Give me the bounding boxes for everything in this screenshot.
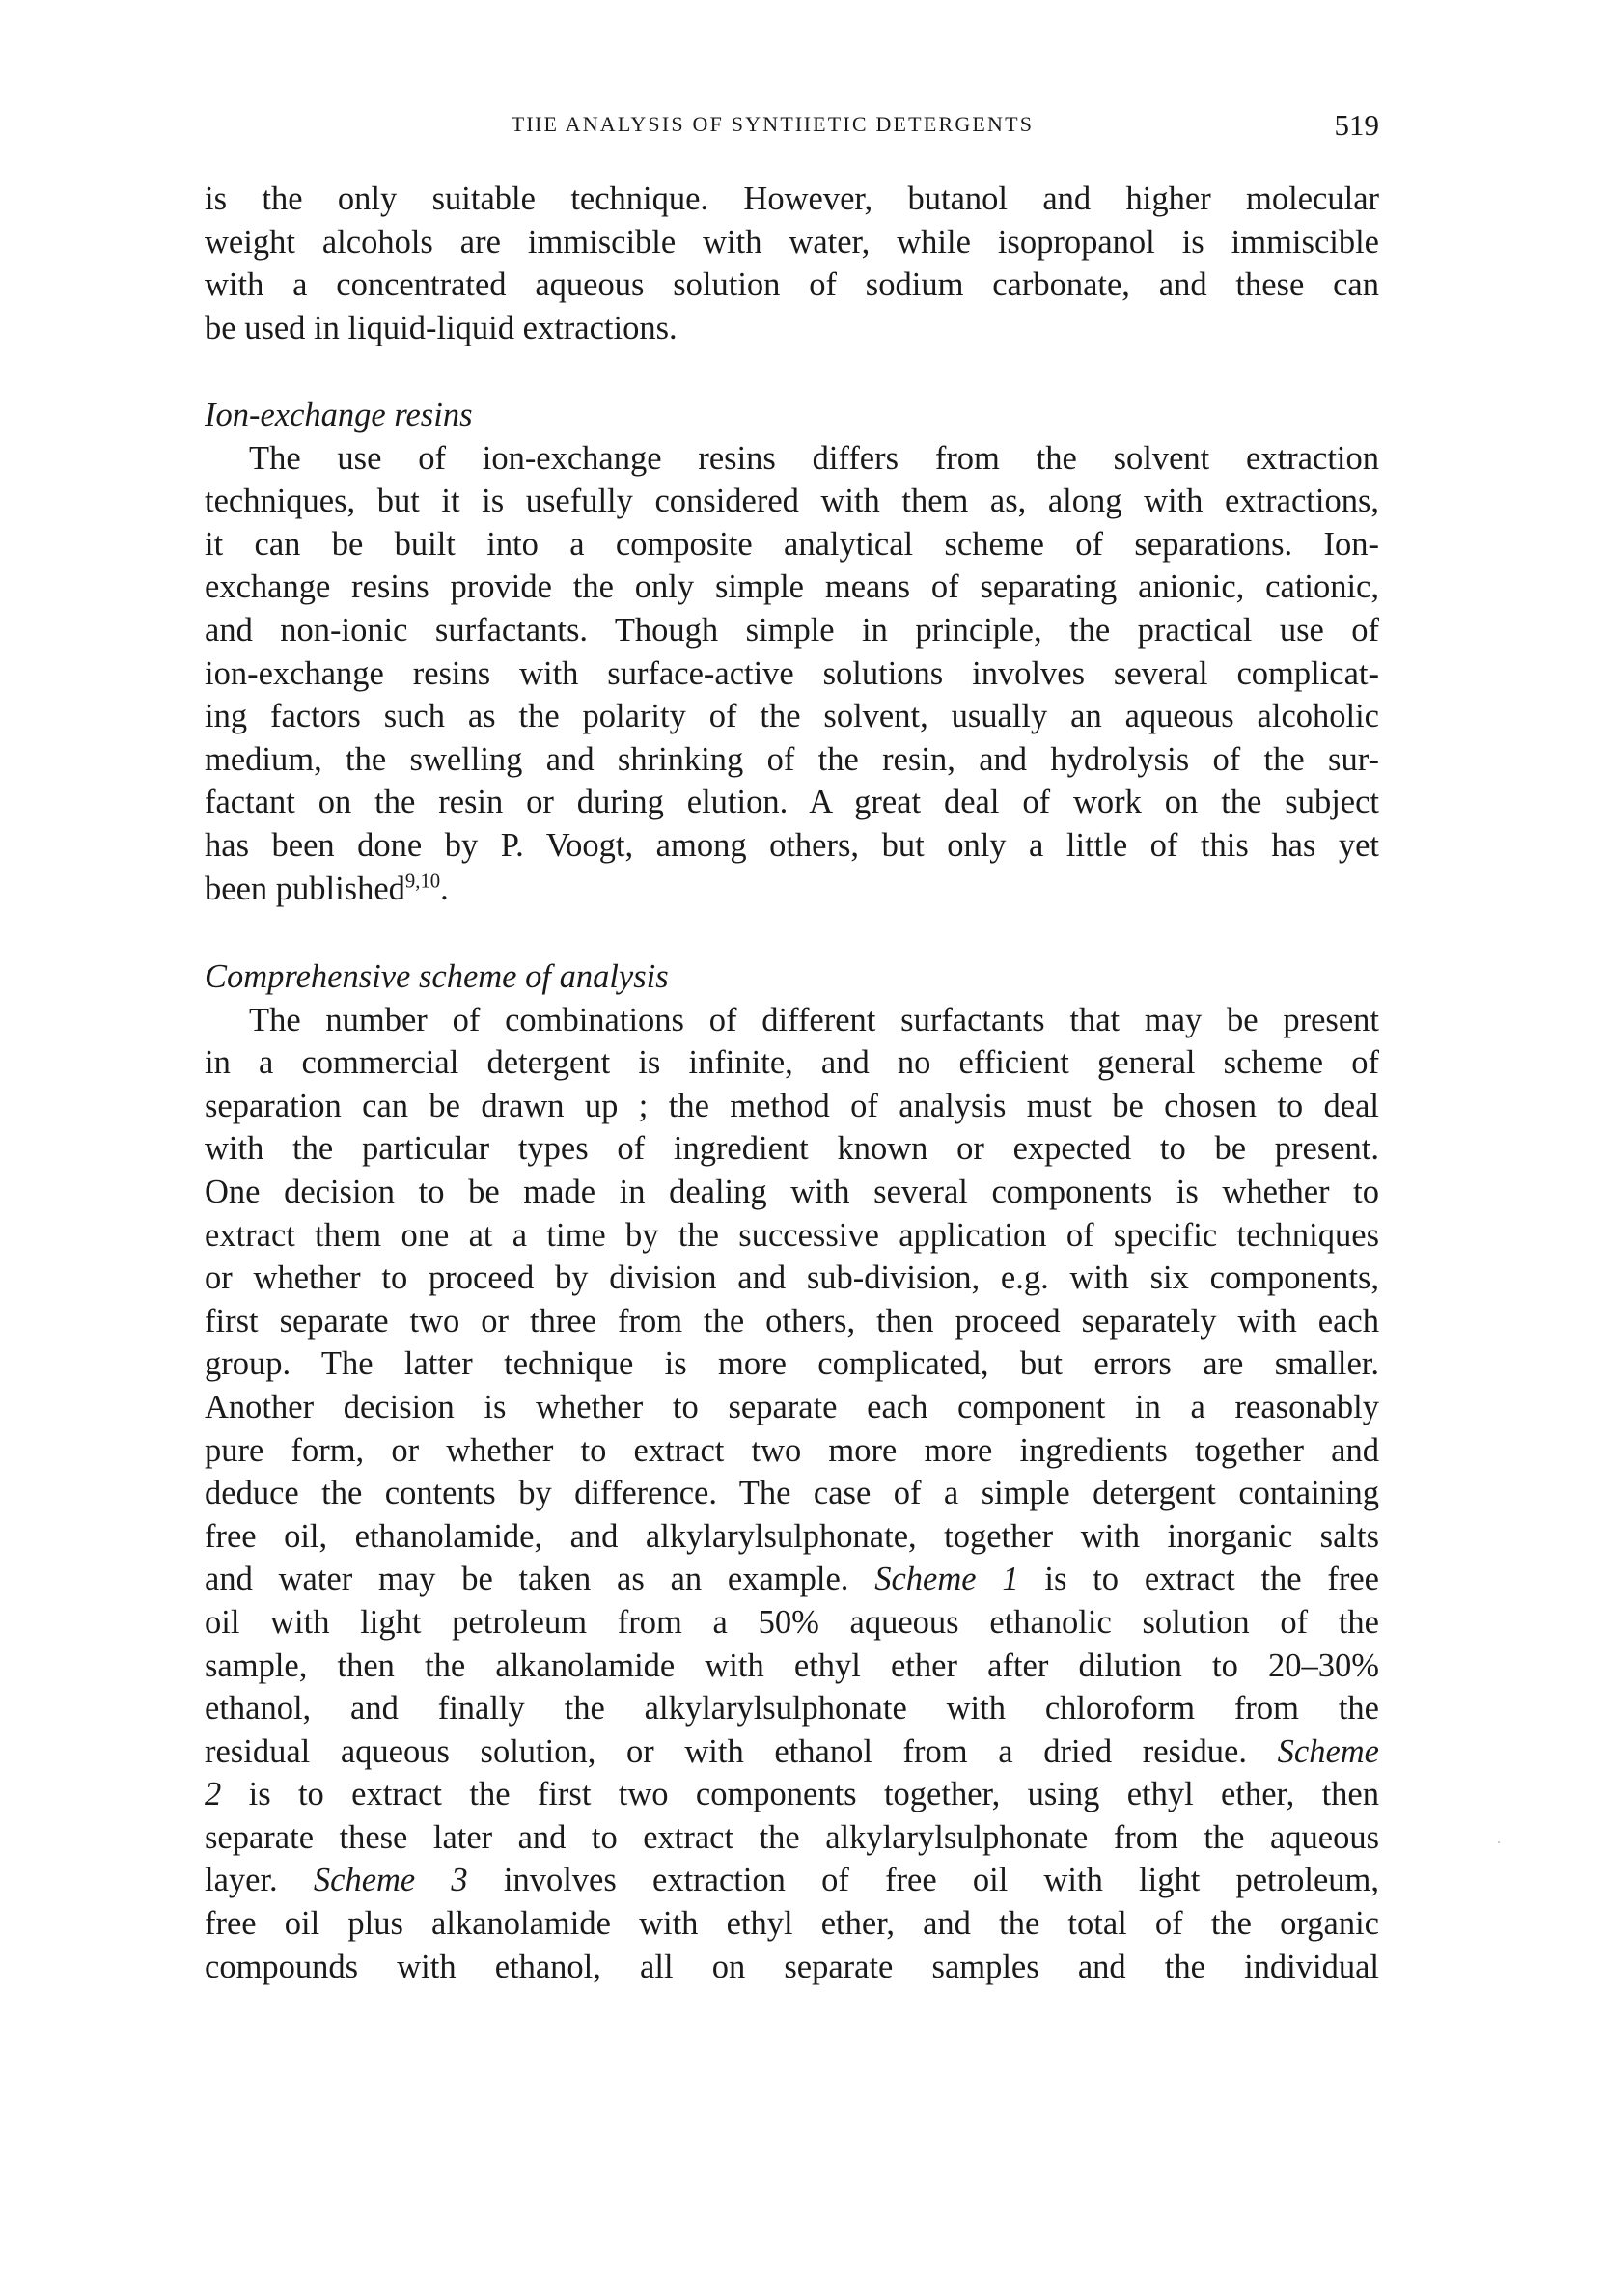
text-fragment: . (440, 871, 449, 907)
text-line: separation can be drawn up ; the method … (205, 1085, 1379, 1128)
text-line: in a commercial detergent is infinite, a… (205, 1041, 1379, 1085)
text-line: ing factors such as the polarity of the … (205, 695, 1379, 738)
text-fragment: involves extraction of free oil with lig… (468, 1862, 1379, 1898)
text-line: pure form, or whether to extract two mor… (205, 1429, 1379, 1473)
text-fragment: layer. (205, 1862, 314, 1898)
text-line: exchange resins provide the only simple … (205, 566, 1379, 609)
text-line: One decision to be made in dealing with … (205, 1171, 1379, 1214)
scheme-reference: Scheme 3 (314, 1862, 468, 1898)
text-line: or whether to proceed by division and su… (205, 1257, 1379, 1300)
text-fragment: is to extract the first two components t… (221, 1776, 1379, 1812)
text-line: The use of ion-exchange resins differs f… (205, 437, 1379, 481)
text-fragment: been published (205, 871, 405, 907)
text-line: compounds with ethanol, all on separate … (205, 1946, 1379, 1989)
text-fragment: and water may be taken as an example. (205, 1561, 874, 1597)
text-line: techniques, but it is usefully considere… (205, 480, 1379, 523)
text-line: sample, then the alkanolamide with ethyl… (205, 1645, 1379, 1688)
scheme-reference: 2 (205, 1776, 221, 1812)
text-line: group. The latter technique is more comp… (205, 1342, 1379, 1386)
text-line: with a concentrated aqueous solution of … (205, 263, 1379, 307)
scan-speck (1498, 1841, 1500, 1843)
text-line: separate these later and to extract the … (205, 1816, 1379, 1860)
paragraph-continuation: is the only suitable technique. However,… (205, 178, 1379, 349)
text-line: deduce the contents by difference. The c… (205, 1472, 1379, 1515)
text-line: residual aqueous solution, or with ethan… (205, 1730, 1379, 1774)
text-line: ethanol, and finally the alkylarylsulpho… (205, 1687, 1379, 1730)
text-line: factant on the resin or during elution. … (205, 781, 1379, 824)
section-comprehensive-scheme: Comprehensive scheme of analysis The num… (205, 955, 1379, 1988)
page-number: 519 (1335, 108, 1380, 143)
section-heading: Ion-exchange resins (205, 394, 1379, 437)
section-ion-exchange: Ion-exchange resins The use of ion-excha… (205, 394, 1379, 910)
text-line: free oil, ethanolamide, and alkylarylsul… (205, 1515, 1379, 1559)
text-line: be used in liquid-liquid extractions. (205, 307, 1379, 350)
text-line: is the only suitable technique. However,… (205, 178, 1379, 221)
scheme-reference: Scheme (1278, 1733, 1379, 1770)
text-fragment: is to extract the free (1019, 1561, 1379, 1597)
text-line: first separate two or three from the oth… (205, 1300, 1379, 1343)
text-line: with the particular types of ingredient … (205, 1127, 1379, 1171)
text-line: Another decision is whether to separate … (205, 1386, 1379, 1429)
running-header: THE ANALYSIS OF SYNTHETIC DETERGENTS 519 (205, 108, 1379, 143)
text-line: free oil plus alkanolamide with ethyl et… (205, 1902, 1379, 1946)
citation-superscript: 9,10 (405, 871, 440, 892)
text-line: has been done by P. Voogt, among others,… (205, 824, 1379, 868)
book-page: THE ANALYSIS OF SYNTHETIC DETERGENTS 519… (0, 0, 1605, 2296)
running-title: THE ANALYSIS OF SYNTHETIC DETERGENTS (205, 112, 1379, 137)
text-line: layer. Scheme 3 involves extraction of f… (205, 1859, 1379, 1902)
text-line: weight alcohols are immiscible with wate… (205, 221, 1379, 264)
text-line: extract them one at a time by the succes… (205, 1214, 1379, 1258)
text-line-with-citation: been published9,10. (205, 868, 1379, 911)
text-line: ion-exchange resins with surface-active … (205, 652, 1379, 696)
scheme-reference: Scheme 1 (874, 1561, 1018, 1597)
text-line: and non-ionic surfactants. Though simple… (205, 609, 1379, 652)
text-line: oil with light petroleum from a 50% aque… (205, 1601, 1379, 1645)
text-fragment: residual aqueous solution, or with ethan… (205, 1733, 1278, 1770)
section-heading: Comprehensive scheme of analysis (205, 955, 1379, 999)
text-line: 2 is to extract the first two components… (205, 1773, 1379, 1816)
text-line: The number of combinations of different … (205, 999, 1379, 1042)
text-line: medium, the swelling and shrinking of th… (205, 738, 1379, 782)
text-line: and water may be taken as an example. Sc… (205, 1558, 1379, 1601)
text-line: it can be built into a composite analyti… (205, 523, 1379, 567)
